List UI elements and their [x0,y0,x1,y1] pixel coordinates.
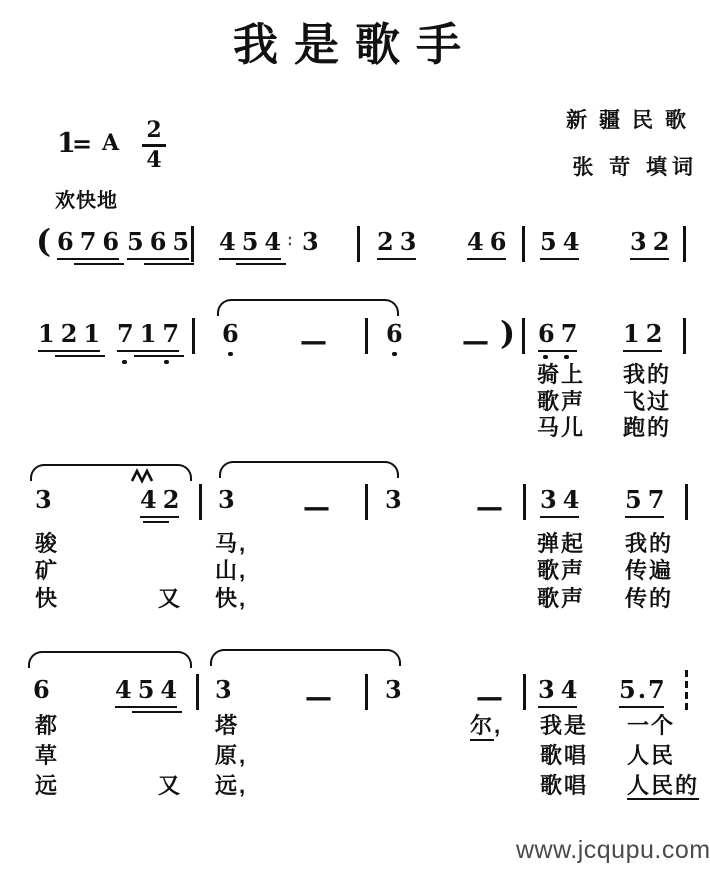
octave-dot [543,355,548,360]
final-barline [685,670,688,714]
note: 6 [386,319,409,348]
beam [57,258,119,261]
lyric-word: 马儿 [537,417,585,439]
lyric-word: 远 [35,775,59,797]
barline [365,318,368,354]
barline [192,318,195,354]
note-group: 454 [115,678,183,702]
note-group: 32 [630,230,675,254]
beam [538,706,577,709]
barline [523,674,526,710]
lyric-word: 跑的 [623,417,671,439]
notes: 565 [127,227,195,256]
note-group: 54 [540,230,585,254]
beam [38,350,100,353]
slur-arc [28,651,192,668]
key-letter: A [102,132,119,154]
credit-source: 新疆民歌 [566,104,698,134]
score-title: 我是歌手 [0,20,710,70]
barline [365,484,368,520]
tempo-marking: 欢快地 [55,184,118,213]
beam [55,355,105,358]
octave-dot [164,360,169,365]
note: 3 [302,230,325,254]
notes: 454 [219,227,287,256]
beam [538,350,577,353]
tie-arc [217,299,399,316]
beam [115,706,177,709]
lyric-word: 弹起 [537,533,585,555]
lyric-word: 快 [35,588,59,610]
octave-dot [228,352,233,357]
note: 6 [33,678,56,702]
barline [199,484,202,520]
beam [143,521,169,524]
lyric-word: 我是 [540,715,588,737]
lyric-word: 骑上 [537,364,585,386]
lyric-word: 我的 [623,364,671,386]
beam [117,350,179,353]
notes: 454 [115,675,183,704]
sheet-music-page: 我是歌手 新疆民歌 张 苛 填词 1 = A 2 4 欢快地 ( 676 565… [0,0,710,869]
dash-note: — [305,684,332,711]
dash-note: — [476,684,503,711]
lyric-word: 人民 [627,745,675,767]
barline [357,226,360,262]
barline [191,226,194,262]
beam [630,258,669,261]
note-group: 454 [219,230,287,254]
notes: 57 [625,485,670,514]
barline [522,226,525,262]
note: 3 [385,678,408,702]
lyric-word: 马, [215,533,247,555]
barline [683,226,686,262]
beam [236,263,286,266]
lyric-word: 草 [35,745,59,767]
lyric-word: 一个 [627,715,675,737]
lyric-word: 歌声 [537,588,585,610]
beam [623,350,662,353]
equals-sign: = [72,132,92,156]
lyric-comma: , [494,713,502,738]
lyric-word: 都 [35,715,59,737]
lyric-word: 尔, [470,715,502,737]
note-group: 676 [57,230,125,254]
beam [140,516,179,519]
barline [522,318,525,354]
beam [619,706,664,709]
lyric-word: 又 [158,588,182,610]
dash-note: — [303,494,330,521]
lyric-word: 传遍 [625,560,673,582]
lyric-word: 我的 [625,533,673,555]
notes: 32 [630,227,675,256]
beam [74,263,124,266]
lyric-word: 歌唱 [540,775,588,797]
barline [365,674,368,710]
barline [683,318,686,354]
dash-note: — [462,328,489,355]
lyric-word: 快, [215,588,247,610]
lyric-word-underlined: 人民的 [627,775,699,800]
lyric-word: 传的 [625,588,673,610]
lyric-word: 原, [215,745,247,767]
beam [625,516,664,519]
beam [144,263,194,266]
close-paren: ) [500,317,515,349]
barline [685,484,688,520]
note-group: 6 [222,322,245,346]
notes: 67 [538,319,583,348]
lyric-word: 歌声 [537,560,585,582]
beam [219,258,281,261]
beam [127,258,189,261]
open-paren: ( [36,225,51,257]
note-group: 12 [623,322,668,346]
barline [523,484,526,520]
note: 3 [218,488,241,512]
octave-dot [564,355,569,360]
note-group: 34 [538,678,583,702]
note-group: 57 [625,488,670,512]
lyric-word: 塔 [215,715,239,737]
dash-note: — [476,494,503,521]
note: 3 [215,678,238,702]
meter-denominator: 4 [146,148,161,173]
note: 3 [35,488,58,512]
note-group: 5.7 [619,678,667,702]
note-group: 46 [467,230,512,254]
slur-arc [30,464,192,481]
notes: 5.7 [619,675,667,704]
note: 3 [385,488,408,512]
octave-dot [122,360,127,365]
notes: 54 [540,227,585,256]
lyric-word: 歌唱 [540,745,588,767]
tie-arc [210,649,401,666]
notes: 46 [467,227,512,256]
lyric-word: 歌声 [537,391,585,413]
lyric-word: 山, [215,560,247,582]
notes: 34 [540,485,585,514]
tie-arc [219,461,399,478]
note-group: 6 [386,322,409,346]
notes: 23 [377,227,422,256]
notes: 34 [538,675,583,704]
barline [196,674,199,710]
beam [132,711,182,714]
lyric-word: 矿 [35,560,59,582]
notes: 717 [117,319,185,348]
octave-dot [392,352,397,357]
note: 6 [222,319,245,348]
note-group: 67 [538,322,583,346]
meter-fraction: 2 4 [140,118,168,173]
note-group: 42 [140,488,185,512]
notes: 121 [38,319,106,348]
note-group: 121 [38,322,106,346]
stray-dots: ∶ [288,234,292,249]
lyric-word: 又 [158,775,182,797]
beam [134,355,184,358]
lyric-underlined: 尔 [470,713,494,741]
notes: 42 [140,485,185,514]
note-group: 34 [540,488,585,512]
dash-note: — [300,328,327,355]
lyric-word: 飞过 [623,391,671,413]
note-group: 565 [127,230,195,254]
note-group: 23 [377,230,422,254]
lyric-word: 远, [215,775,247,797]
notes: 676 [57,227,125,256]
beam [540,258,579,261]
notes: 12 [623,319,668,348]
note-group: 717 [117,322,185,346]
credit-lyricist: 张 苛 填词 [572,151,698,181]
beam [467,258,506,261]
lyric-word: 骏 [35,533,59,555]
watermark: www.jcqupu.com [516,836,710,865]
beam [377,258,416,261]
meter-numerator: 2 [146,118,161,143]
beam [540,516,579,519]
